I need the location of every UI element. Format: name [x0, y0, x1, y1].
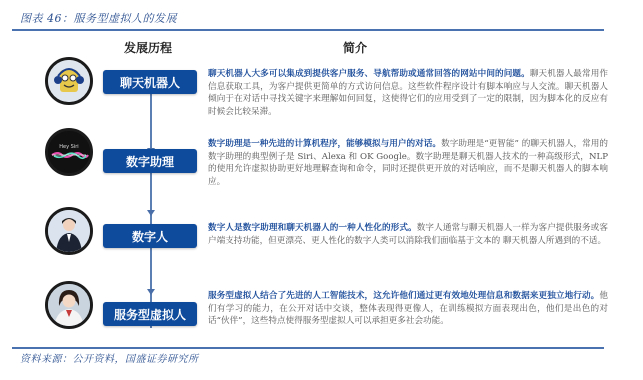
description-highlight: 聊天机器人大多可以集成到提供客户服务、导航帮助或通常回答的网站中间的问题。: [208, 69, 530, 79]
stage-service-virtual-human: 服务型虚拟人: [103, 302, 197, 326]
source-note: 资料来源：公开资料，国盛证券研究所: [20, 350, 199, 365]
arrow-down-icon: [147, 289, 155, 295]
column-header-history: 发展历程: [124, 39, 172, 56]
top-divider: [12, 29, 604, 31]
virtual-human-avatar-icon: [45, 281, 93, 329]
stage-digital-assistant: 数字助理: [103, 149, 197, 173]
digital-human-avatar-icon: [45, 207, 93, 255]
description-highlight: 数字助理是一种先进的计算机程序，能够模拟与用户的对话。: [208, 139, 441, 149]
stage-digital-human: 数字人: [103, 224, 197, 248]
robot-avatar-icon: [45, 57, 93, 105]
description-highlight: 数字人是数字助理和聊天机器人的一种人性化的形式。: [208, 223, 417, 233]
description-chatbot: 聊天机器人大多可以集成到提供客户服务、导航帮助或通常回答的网站中间的问题。聊天机…: [208, 68, 608, 118]
description-highlight: 服务型虚拟人结合了先进的人工智能技术，这允许他们通过更有效地处理信息和数据来更独…: [208, 291, 599, 301]
description-digital-human: 数字人是数字助理和聊天机器人的一种人性化的形式。数字人通常与聊天机器人一样为客户…: [208, 222, 608, 247]
svg-text:Hey Siri: Hey Siri: [59, 144, 78, 150]
description-digital-assistant: 数字助理是一种先进的计算机程序，能够模拟与用户的对话。数字助理是“更智能” 的聊…: [208, 138, 608, 188]
column-header-intro: 简介: [343, 39, 367, 56]
description-service-virtual-human: 服务型虚拟人结合了先进的人工智能技术，这允许他们通过更有效地处理信息和数据来更独…: [208, 290, 608, 328]
arrow-down-icon: [147, 210, 155, 216]
siri-waveform-icon: Hey Siri: [45, 128, 93, 176]
stage-chatbot: 聊天机器人: [103, 70, 197, 94]
figure-title: 图表 46：服务型虚拟人的发展: [20, 10, 177, 26]
bottom-divider: [12, 347, 604, 349]
